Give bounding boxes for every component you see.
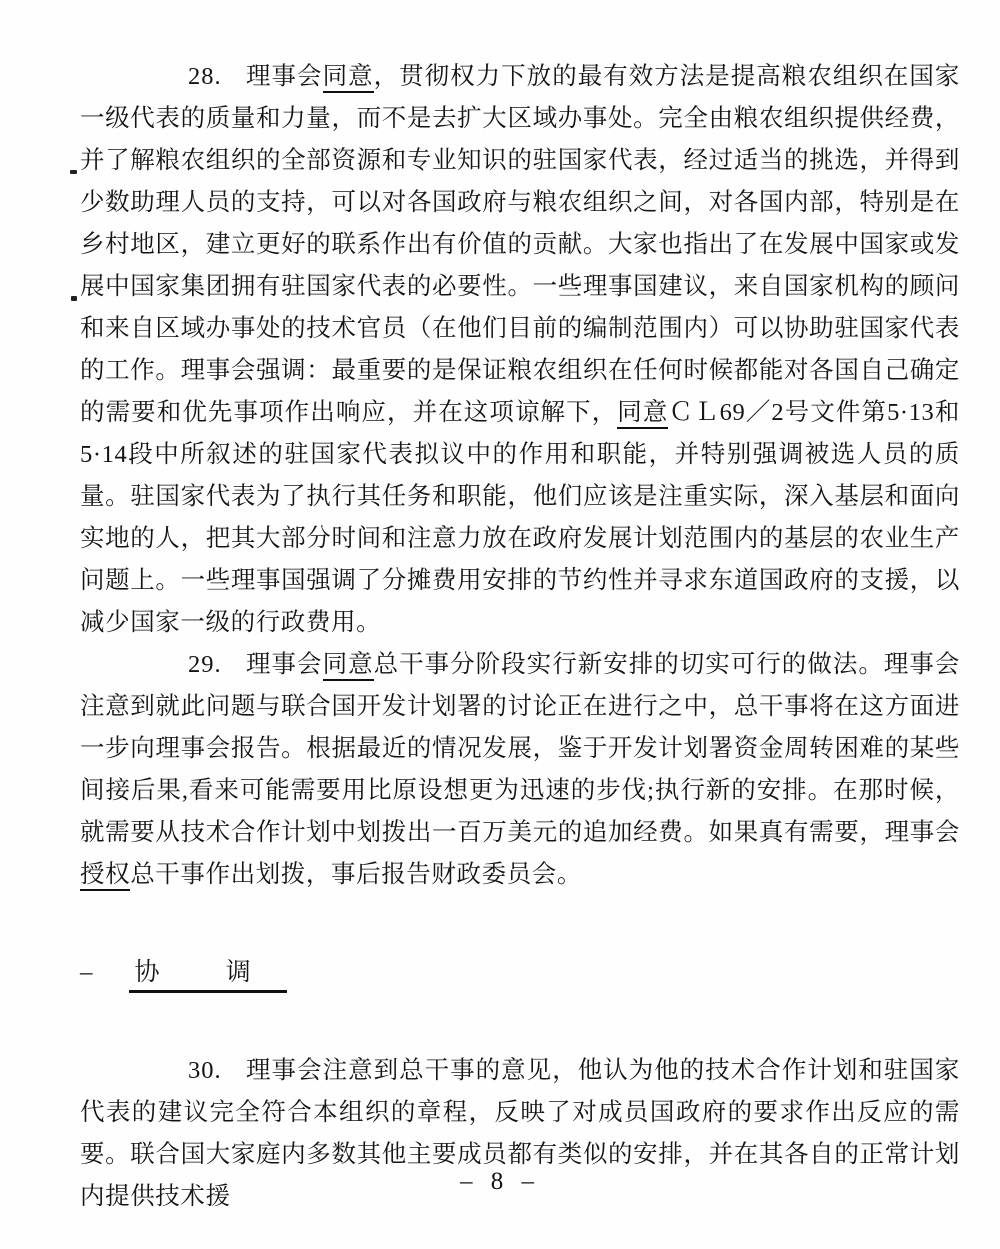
text-segment: 理事会 (246, 651, 323, 678)
underlined-term: 同意 (323, 651, 374, 681)
underlined-term: 授权 (80, 861, 130, 891)
underlined-term: 同意 (323, 63, 374, 93)
paragraph-number: 29. (134, 644, 222, 686)
scan-speck (71, 296, 77, 301)
heading-title: 协 调 (129, 959, 287, 993)
paragraph-28: 28.理事会同意，贯彻权力下放的最有效方法是提高粮农组织在国家一级代表的质量和力… (80, 56, 960, 644)
text-segment: ，贯彻权力下放的最有效方法是提高粮农组织在国家一级代表的质量和力量，而不是去扩大… (80, 63, 960, 426)
heading-dash: – (80, 952, 93, 994)
scan-speck (70, 170, 77, 174)
underlined-term: 同意 (617, 399, 668, 429)
text-segment: ＣＬ69／2号文件第5·13和5·14段中所叙述的驻国家代表拟议中的作用和职能，… (80, 399, 960, 636)
paragraph-number: 28. (134, 56, 222, 98)
section-heading-coordination: –协 调 (80, 952, 960, 994)
page-number-footer: – 8 – (0, 1168, 1000, 1196)
document-page: 28.理事会同意，贯彻权力下放的最有效方法是提高粮农组织在国家一级代表的质量和力… (0, 0, 1000, 1249)
text-segment: 理事会 (246, 63, 323, 90)
text-segment: 总干事作出划拨，事后报告财政委员会。 (130, 861, 582, 888)
paragraph-29: 29.理事会同意总干事分阶段实行新安排的切实可行的做法。理事会注意到就此问题与联… (80, 644, 960, 896)
paragraph-number: 30. (134, 1050, 222, 1092)
